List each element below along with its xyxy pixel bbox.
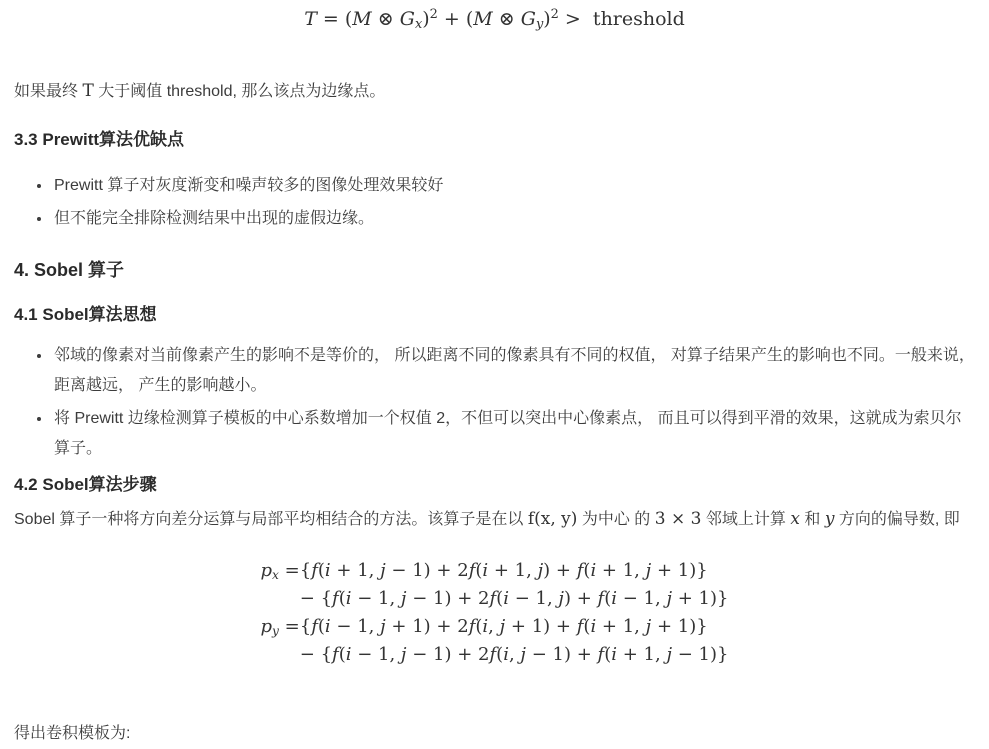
sobel-method-run: 邻域上计算	[701, 511, 790, 528]
equation-px-line2: − {f(i − 1, j − 1) + 2f(i − 1, j) + f(i …	[300, 585, 729, 613]
equation-lhs-spacer	[261, 641, 300, 669]
paragraph-threshold-note: 如果最终 T 大于阈值 threshold, 那么该点为边缘点。	[14, 80, 975, 103]
formula-threshold-display: T = (M ⊗ Gx)2 + (M ⊗ Gy)2 > threshold	[14, 6, 975, 32]
list-item-sobel-weight-idea: 邻域的像素对当前像素产生的影响不是等价的， 所以距离不同的像素具有不同的权值， …	[52, 341, 975, 401]
equation-px-line1: {f(i + 1, j − 1) + 2f(i + 1, j) + f(i + …	[300, 557, 729, 585]
list-item-prewitt-limitation: 但不能完全排除检测结果中出现的虚假边缘。	[52, 204, 975, 234]
sobel-method-run: 方向的偏导数, 即	[834, 511, 959, 528]
equation-lhs-spacer	[261, 585, 300, 613]
threshold-note-post: 大于阈值 threshold, 那么该点为边缘点。	[94, 83, 386, 100]
prewitt-pros-cons-list: Prewitt 算子对灰度渐变和噪声较多的图像处理效果较好 但不能完全排除检测结…	[14, 171, 975, 234]
sobel-method-run: 为中心 的	[577, 511, 654, 528]
math-3x3: 3 × 3	[655, 509, 702, 529]
equation-py-lhs: py =	[261, 613, 300, 641]
math-symbol-y: y	[825, 509, 835, 529]
heading-sobel-idea: 4.1 Sobel算法思想	[14, 304, 975, 326]
formula-sobel-derivatives: px = {f(i + 1, j − 1) + 2f(i + 1, j) + f…	[14, 557, 975, 669]
heading-sobel-operator: 4. Sobel 算子	[14, 258, 975, 282]
paragraph-sobel-method: Sobel 算子一种将方向差分运算与局部平均相结合的方法。该算子是在以 f(x,…	[14, 506, 975, 533]
sobel-method-run: 和	[800, 511, 825, 528]
equation-py-line1: {f(i − 1, j + 1) + 2f(i, j + 1) + f(i + …	[300, 613, 729, 641]
sobel-method-run: Sobel 算子一种将方向差分运算与局部平均相结合的方法。该算子是在以	[14, 511, 528, 528]
math-fxy: f(x, y)	[528, 509, 578, 529]
article-content: T = (M ⊗ Gx)2 + (M ⊗ Gy)2 > threshold 如果…	[0, 0, 989, 749]
math-symbol-x: x	[790, 509, 800, 529]
equation-grid: px = {f(i + 1, j − 1) + 2f(i + 1, j) + f…	[261, 557, 729, 669]
heading-prewitt-pros-cons: 3.3 Prewitt算法优缺点	[14, 129, 975, 151]
equation-py-line2: − {f(i − 1, j − 1) + 2f(i, j − 1) + f(i …	[300, 641, 729, 669]
equation-px-lhs: px =	[261, 557, 300, 585]
threshold-note-pre: 如果最终	[14, 83, 82, 100]
heading-sobel-steps: 4.2 Sobel算法步骤	[14, 474, 975, 496]
list-item-sobel-center-weight: 将 Prewitt 边缘检测算子模板的中心系数增加一个权值 2，不但可以突出中心…	[52, 404, 975, 464]
math-symbol-T: T	[82, 81, 93, 101]
list-item-prewitt-advantage: Prewitt 算子对灰度渐变和噪声较多的图像处理效果较好	[52, 171, 975, 201]
sobel-idea-list: 邻域的像素对当前像素产生的影响不是等价的， 所以距离不同的像素具有不同的权值， …	[14, 341, 975, 464]
paragraph-conv-template: 得出卷积模板为:	[14, 723, 975, 745]
